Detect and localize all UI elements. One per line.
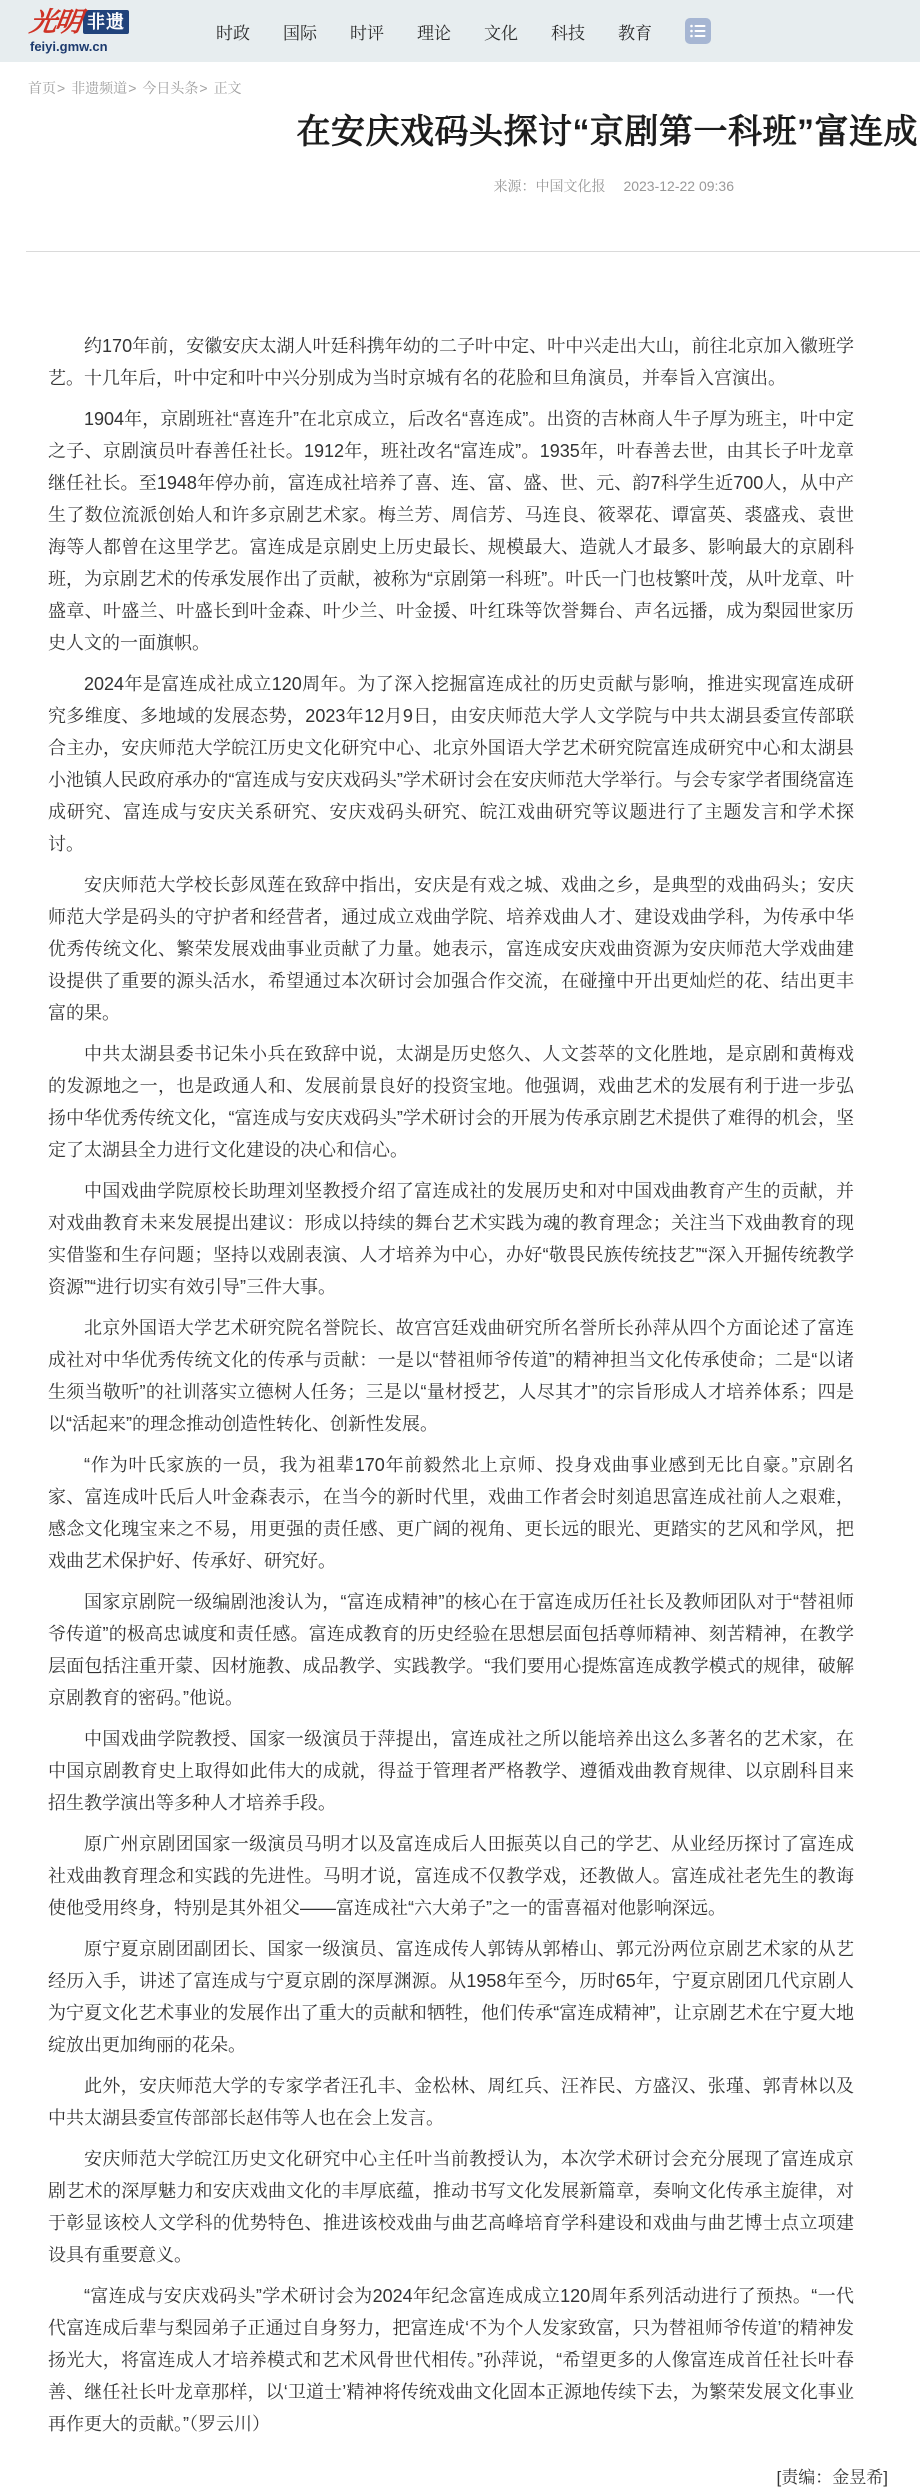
- article-paragraph: “作为叶氏家族的一员，我为祖辈170年前毅然北上京师、投身戏曲事业感到无比自豪。…: [48, 1449, 854, 1577]
- article-paragraph: 北京外国语大学艺术研究院名誉院长、故宫宫廷戏曲研究所名誉所长孙萍从四个方面论述了…: [48, 1312, 854, 1440]
- site-logo[interactable]: 光明 非遗 feiyi.gmw.cn: [30, 7, 170, 55]
- guangming-logo-text: 光明: [28, 9, 82, 36]
- nav-items: 时政国际时评理论文化科技教育: [216, 19, 685, 44]
- article-paragraph: 原广州京剧团国家一级演员马明才以及富连成后人田振英以自己的学艺、从业经历探讨了富…: [48, 1828, 854, 1924]
- article-paragraph: “富连成与安庆戏码头”学术研讨会为2024年纪念富连成成立120周年系列活动进行…: [48, 2280, 854, 2440]
- main-nav: 时政国际时评理论文化科技教育: [216, 18, 711, 44]
- list-icon: [690, 24, 706, 38]
- publish-datetime: 2023-12-22 09:36: [623, 178, 734, 194]
- nav-item[interactable]: 文化: [484, 24, 518, 43]
- menu-button[interactable]: [685, 18, 711, 44]
- source-label: 来源：中国文化报: [493, 178, 605, 194]
- page: { "header": { "logo": { "brand": "光明", "…: [0, 0, 920, 2490]
- article-body: 约170年前，安徽安庆太湖人叶廷科携年幼的二子叶中定、叶中兴走出大山，前往北京加…: [48, 252, 854, 2440]
- article-paragraph: 原宁夏京剧团副团长、国家一级演员、富连成传人郭铸从郭椿山、郭元汾两位京剧艺术家的…: [48, 1933, 854, 2061]
- breadcrumb-separator: >: [199, 80, 207, 96]
- article-paragraph: 此外，安庆师范大学的专家学者汪孔丰、金松林、周红兵、汪祚民、方盛汉、张瑾、郭青林…: [48, 2070, 854, 2134]
- logo-domain-text: feiyi.gmw.cn: [30, 39, 170, 55]
- nav-item[interactable]: 科技: [551, 24, 585, 43]
- article-paragraph: 中国戏曲学院原校长助理刘坚教授介绍了富连成社的发展历史和对中国戏曲教育产生的贡献…: [48, 1175, 854, 1303]
- nav-item[interactable]: 时政: [216, 24, 250, 43]
- nav-item[interactable]: 时评: [350, 24, 384, 43]
- logo-top: 光明 非遗: [30, 7, 170, 37]
- breadcrumb-separator: >: [128, 80, 136, 96]
- article-paragraph: 2024年是富连成社成立120周年。为了深入挖掘富连成社的历史贡献与影响，推进实…: [48, 668, 854, 860]
- page-title: 在安庆戏码头探讨“京剧第一科班”富连成: [0, 108, 920, 156]
- nav-item[interactable]: 教育: [618, 24, 652, 43]
- article-paragraph: 1904年，京剧班社“喜连升”在北京成立，后改名“喜连成”。出资的吉林商人牛子厚…: [48, 403, 854, 659]
- source-line: 来源：中国文化报2023-12-22 09:36: [0, 176, 920, 196]
- breadcrumb-item: 首页>: [28, 80, 71, 96]
- breadcrumb-link[interactable]: 非遗频道: [71, 80, 127, 96]
- breadcrumb-link[interactable]: 首页: [28, 80, 56, 96]
- breadcrumb-item: 非遗频道>: [71, 80, 142, 96]
- breadcrumb-item: 今日头条>: [142, 80, 213, 96]
- breadcrumb-link[interactable]: 正文: [214, 80, 242, 96]
- article-paragraph: 安庆师范大学校长彭凤莲在致辞中指出，安庆是有戏之城、戏曲之乡，是典型的戏曲码头；…: [48, 869, 854, 1029]
- editor-credit: [责编：金昱希]: [0, 2466, 920, 2490]
- breadcrumb-separator: >: [57, 80, 65, 96]
- breadcrumb-item: 正文>: [214, 80, 242, 96]
- breadcrumb: 首页>非遗频道>今日头条>正文>: [28, 78, 920, 98]
- site-header: 光明 非遗 feiyi.gmw.cn 时政国际时评理论文化科技教育: [0, 0, 920, 62]
- article-paragraph: 国家京剧院一级编剧池浚认为，“富连成精神”的核心在于富连成历任社长及教师团队对于…: [48, 1586, 854, 1714]
- article-paragraph: 中国戏曲学院教授、国家一级演员于萍提出，富连成社之所以能培养出这么多著名的艺术家…: [48, 1723, 854, 1819]
- article-paragraph: 中共太湖县委书记朱小兵在致辞中说，太湖是历史悠久、人文荟萃的文化胜地，是京剧和黄…: [48, 1038, 854, 1166]
- nav-item[interactable]: 理论: [417, 24, 451, 43]
- nav-item[interactable]: 国际: [283, 24, 317, 43]
- article-paragraph: 安庆师范大学皖江历史文化研究中心主任叶当前教授认为，本次学术研讨会充分展现了富连…: [48, 2143, 854, 2271]
- breadcrumb-link[interactable]: 今日头条: [142, 80, 198, 96]
- feiyi-badge: 非遗: [83, 10, 129, 34]
- article-paragraph: 约170年前，安徽安庆太湖人叶廷科携年幼的二子叶中定、叶中兴走出大山，前往北京加…: [48, 330, 854, 394]
